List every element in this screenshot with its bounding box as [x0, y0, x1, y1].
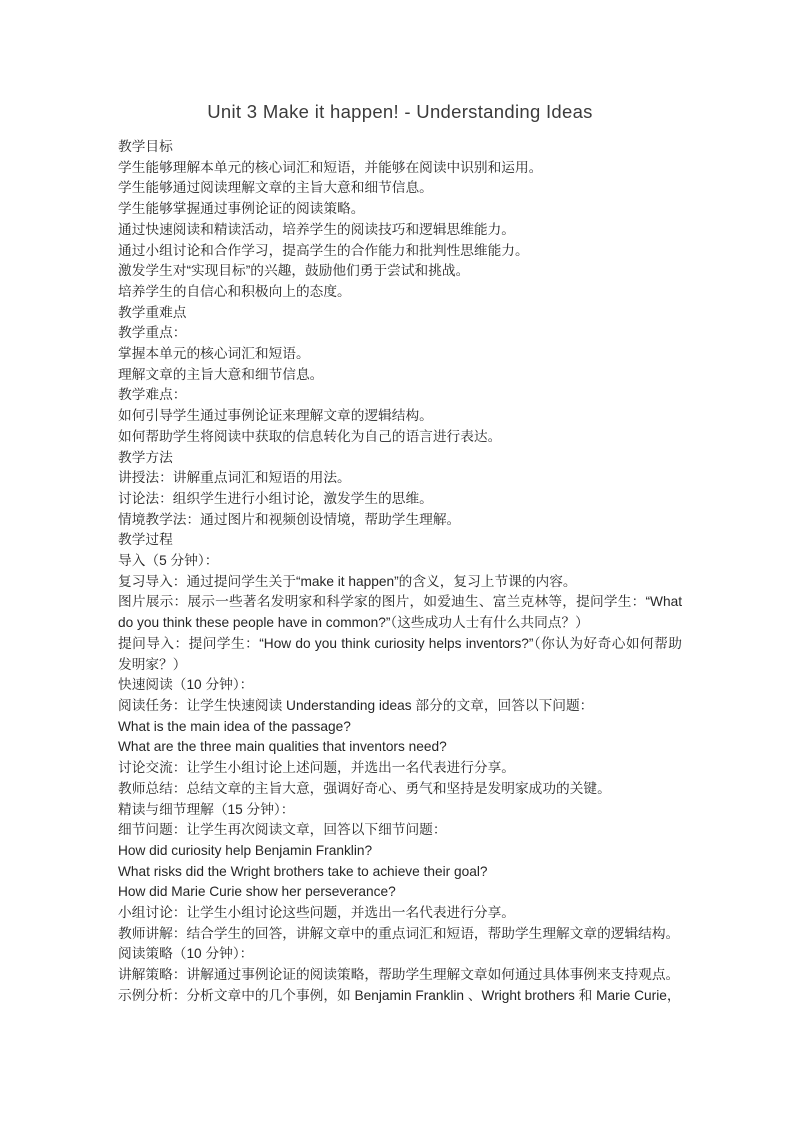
paragraph: 如何引导学生通过事例论证来理解文章的逻辑结构。: [118, 406, 682, 427]
paragraph: 如何帮助学生将阅读中获取的信息转化为自己的语言进行表达。: [118, 427, 682, 448]
document-page: Unit 3 Make it happen! - Understanding I…: [0, 0, 794, 1123]
paragraph: How did Marie Curie show her perseveranc…: [118, 882, 682, 903]
paragraph: 学生能够通过阅读理解文章的主旨大意和细节信息。: [118, 178, 682, 199]
paragraph: 教学难点：: [118, 385, 682, 406]
paragraph: 教学方法: [118, 448, 682, 469]
paragraph: 阅读任务：让学生快速阅读 Understanding ideas 部分的文章，回…: [118, 696, 682, 717]
paragraph: 教学目标: [118, 137, 682, 158]
paragraph: 复习导入：通过提问学生关于“make it happen”的含义，复习上节课的内…: [118, 572, 682, 593]
paragraph: 提问导入：提问学生：“How do you think curiosity he…: [118, 634, 682, 675]
paragraph: 示例分析：分析文章中的几个事例，如 Benjamin Franklin 、Wri…: [118, 986, 682, 1007]
paragraph: 教学重难点: [118, 303, 682, 324]
paragraph: 培养学生的自信心和积极向上的态度。: [118, 282, 682, 303]
document-title: Unit 3 Make it happen! - Understanding I…: [118, 99, 682, 125]
paragraph: How did curiosity help Benjamin Franklin…: [118, 841, 682, 862]
paragraph: What risks did the Wright brothers take …: [118, 862, 682, 883]
paragraph: 通过小组讨论和合作学习，提高学生的合作能力和批判性思维能力。: [118, 241, 682, 262]
paragraph: 讲授法：讲解重点词汇和短语的用法。: [118, 468, 682, 489]
paragraph: 导入（5 分钟）：: [118, 551, 682, 572]
paragraph: What are the three main qualities that i…: [118, 737, 682, 758]
paragraph: 情境教学法：通过图片和视频创设情境，帮助学生理解。: [118, 510, 682, 531]
paragraph: 阅读策略（10 分钟）：: [118, 944, 682, 965]
paragraph: 讲解策略：讲解通过事例论证的阅读策略，帮助学生理解文章如何通过具体事例来支持观点…: [118, 965, 682, 986]
paragraph: 快速阅读（10 分钟）：: [118, 675, 682, 696]
paragraph: 掌握本单元的核心词汇和短语。: [118, 344, 682, 365]
paragraph: 教师总结：总结文章的主旨大意，强调好奇心、勇气和坚持是发明家成功的关键。: [118, 779, 682, 800]
paragraph: 学生能够理解本单元的核心词汇和短语，并能够在阅读中识别和运用。: [118, 158, 682, 179]
paragraph: 理解文章的主旨大意和细节信息。: [118, 365, 682, 386]
paragraph: What is the main idea of the passage?: [118, 717, 682, 738]
paragraph: 细节问题：让学生再次阅读文章，回答以下细节问题：: [118, 820, 682, 841]
paragraph: 讨论交流：让学生小组讨论上述问题，并选出一名代表进行分享。: [118, 758, 682, 779]
document-body: 教学目标 学生能够理解本单元的核心词汇和短语，并能够在阅读中识别和运用。 学生能…: [118, 137, 682, 1007]
paragraph: 图片展示：展示一些著名发明家和科学家的图片，如爱迪生、富兰克林等，提问学生：“W…: [118, 592, 682, 633]
paragraph: 通过快速阅读和精读活动，培养学生的阅读技巧和逻辑思维能力。: [118, 220, 682, 241]
paragraph: 教学重点：: [118, 323, 682, 344]
paragraph: 教学过程: [118, 530, 682, 551]
paragraph: 小组讨论：让学生小组讨论这些问题，并选出一名代表进行分享。: [118, 903, 682, 924]
paragraph: 教师讲解：结合学生的回答，讲解文章中的重点词汇和短语，帮助学生理解文章的逻辑结构…: [118, 924, 682, 945]
paragraph: 激发学生对“实现目标”的兴趣，鼓励他们勇于尝试和挑战。: [118, 261, 682, 282]
paragraph: 精读与细节理解（15 分钟）：: [118, 800, 682, 821]
paragraph: 学生能够掌握通过事例论证的阅读策略。: [118, 199, 682, 220]
paragraph: 讨论法：组织学生进行小组讨论，激发学生的思维。: [118, 489, 682, 510]
